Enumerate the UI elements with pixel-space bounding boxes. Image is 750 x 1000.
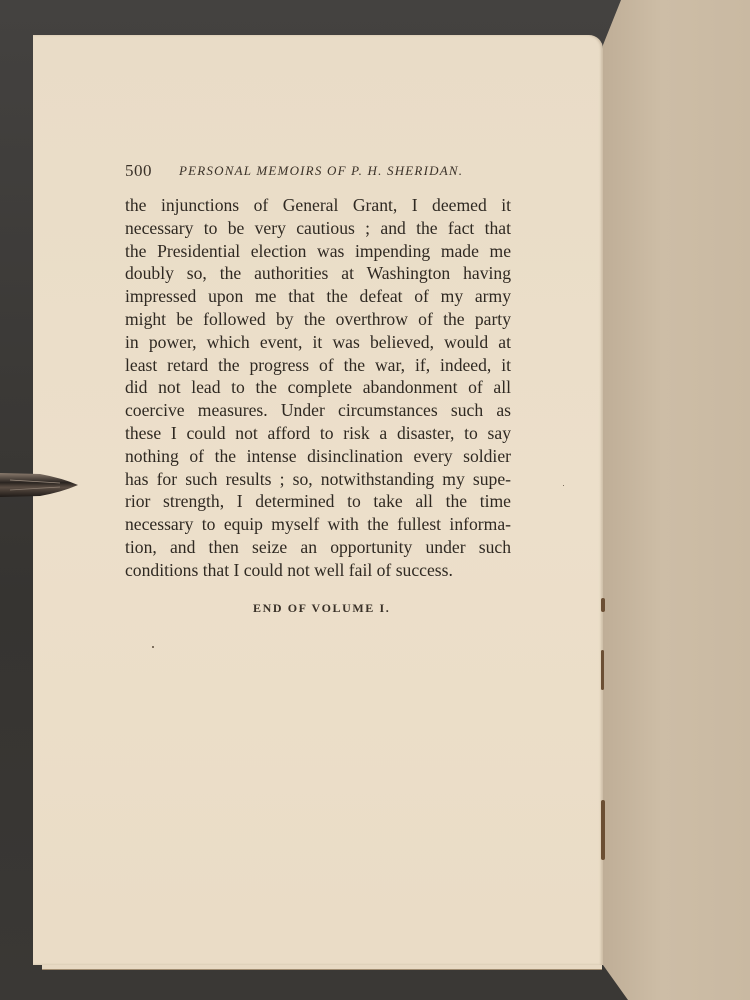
gutter-tear xyxy=(601,800,605,860)
text-line: impressed upon me that the defeat of my … xyxy=(125,285,511,308)
page-header: 500 PERSONAL MEMOIRS OF P. H. SHERIDAN. xyxy=(125,161,545,181)
text-line: least retard the progress of the war, if… xyxy=(125,354,511,377)
text-line: the Presidential election was impending … xyxy=(125,240,511,263)
text-line: nothing of the intense disinclination ev… xyxy=(125,445,511,468)
end-of-volume-mark: END OF VOLUME I. xyxy=(253,601,390,616)
text-line: rior strength, I determined to take all … xyxy=(125,490,511,513)
text-line: necessary to be very cautious ; and the … xyxy=(125,217,511,240)
text-line: has for such results ; so, notwithstandi… xyxy=(125,468,511,491)
book-page: 500 PERSONAL MEMOIRS OF P. H. SHERIDAN. … xyxy=(33,35,603,965)
text-line: doubly so, the authorities at Washington… xyxy=(125,262,511,285)
body-text: the injunctions of General Grant, I deem… xyxy=(125,194,511,582)
pen-pointer-icon xyxy=(0,470,80,500)
gutter-tear xyxy=(601,598,605,612)
text-line: the injunctions of General Grant, I deem… xyxy=(125,194,511,217)
text-line: coercive measures. Under circumstances s… xyxy=(125,399,511,422)
gutter-tear xyxy=(601,650,604,690)
text-line: conditions that I could not well fail of… xyxy=(125,559,511,582)
paper-speck xyxy=(152,646,154,648)
running-head: PERSONAL MEMOIRS OF P. H. SHERIDAN. xyxy=(179,163,463,179)
page-number: 500 xyxy=(125,161,152,181)
text-line: in power, which event, it was believed, … xyxy=(125,331,511,354)
text-line: did not lead to the complete abandonment… xyxy=(125,376,511,399)
paper-speck xyxy=(563,485,564,486)
text-line: might be followed by the overthrow of th… xyxy=(125,308,511,331)
text-line: tion, and then seize an opportunity unde… xyxy=(125,536,511,559)
facing-page xyxy=(603,0,750,1000)
text-line: necessary to equip myself with the fulle… xyxy=(125,513,511,536)
text-line: these I could not afford to risk a disas… xyxy=(125,422,511,445)
